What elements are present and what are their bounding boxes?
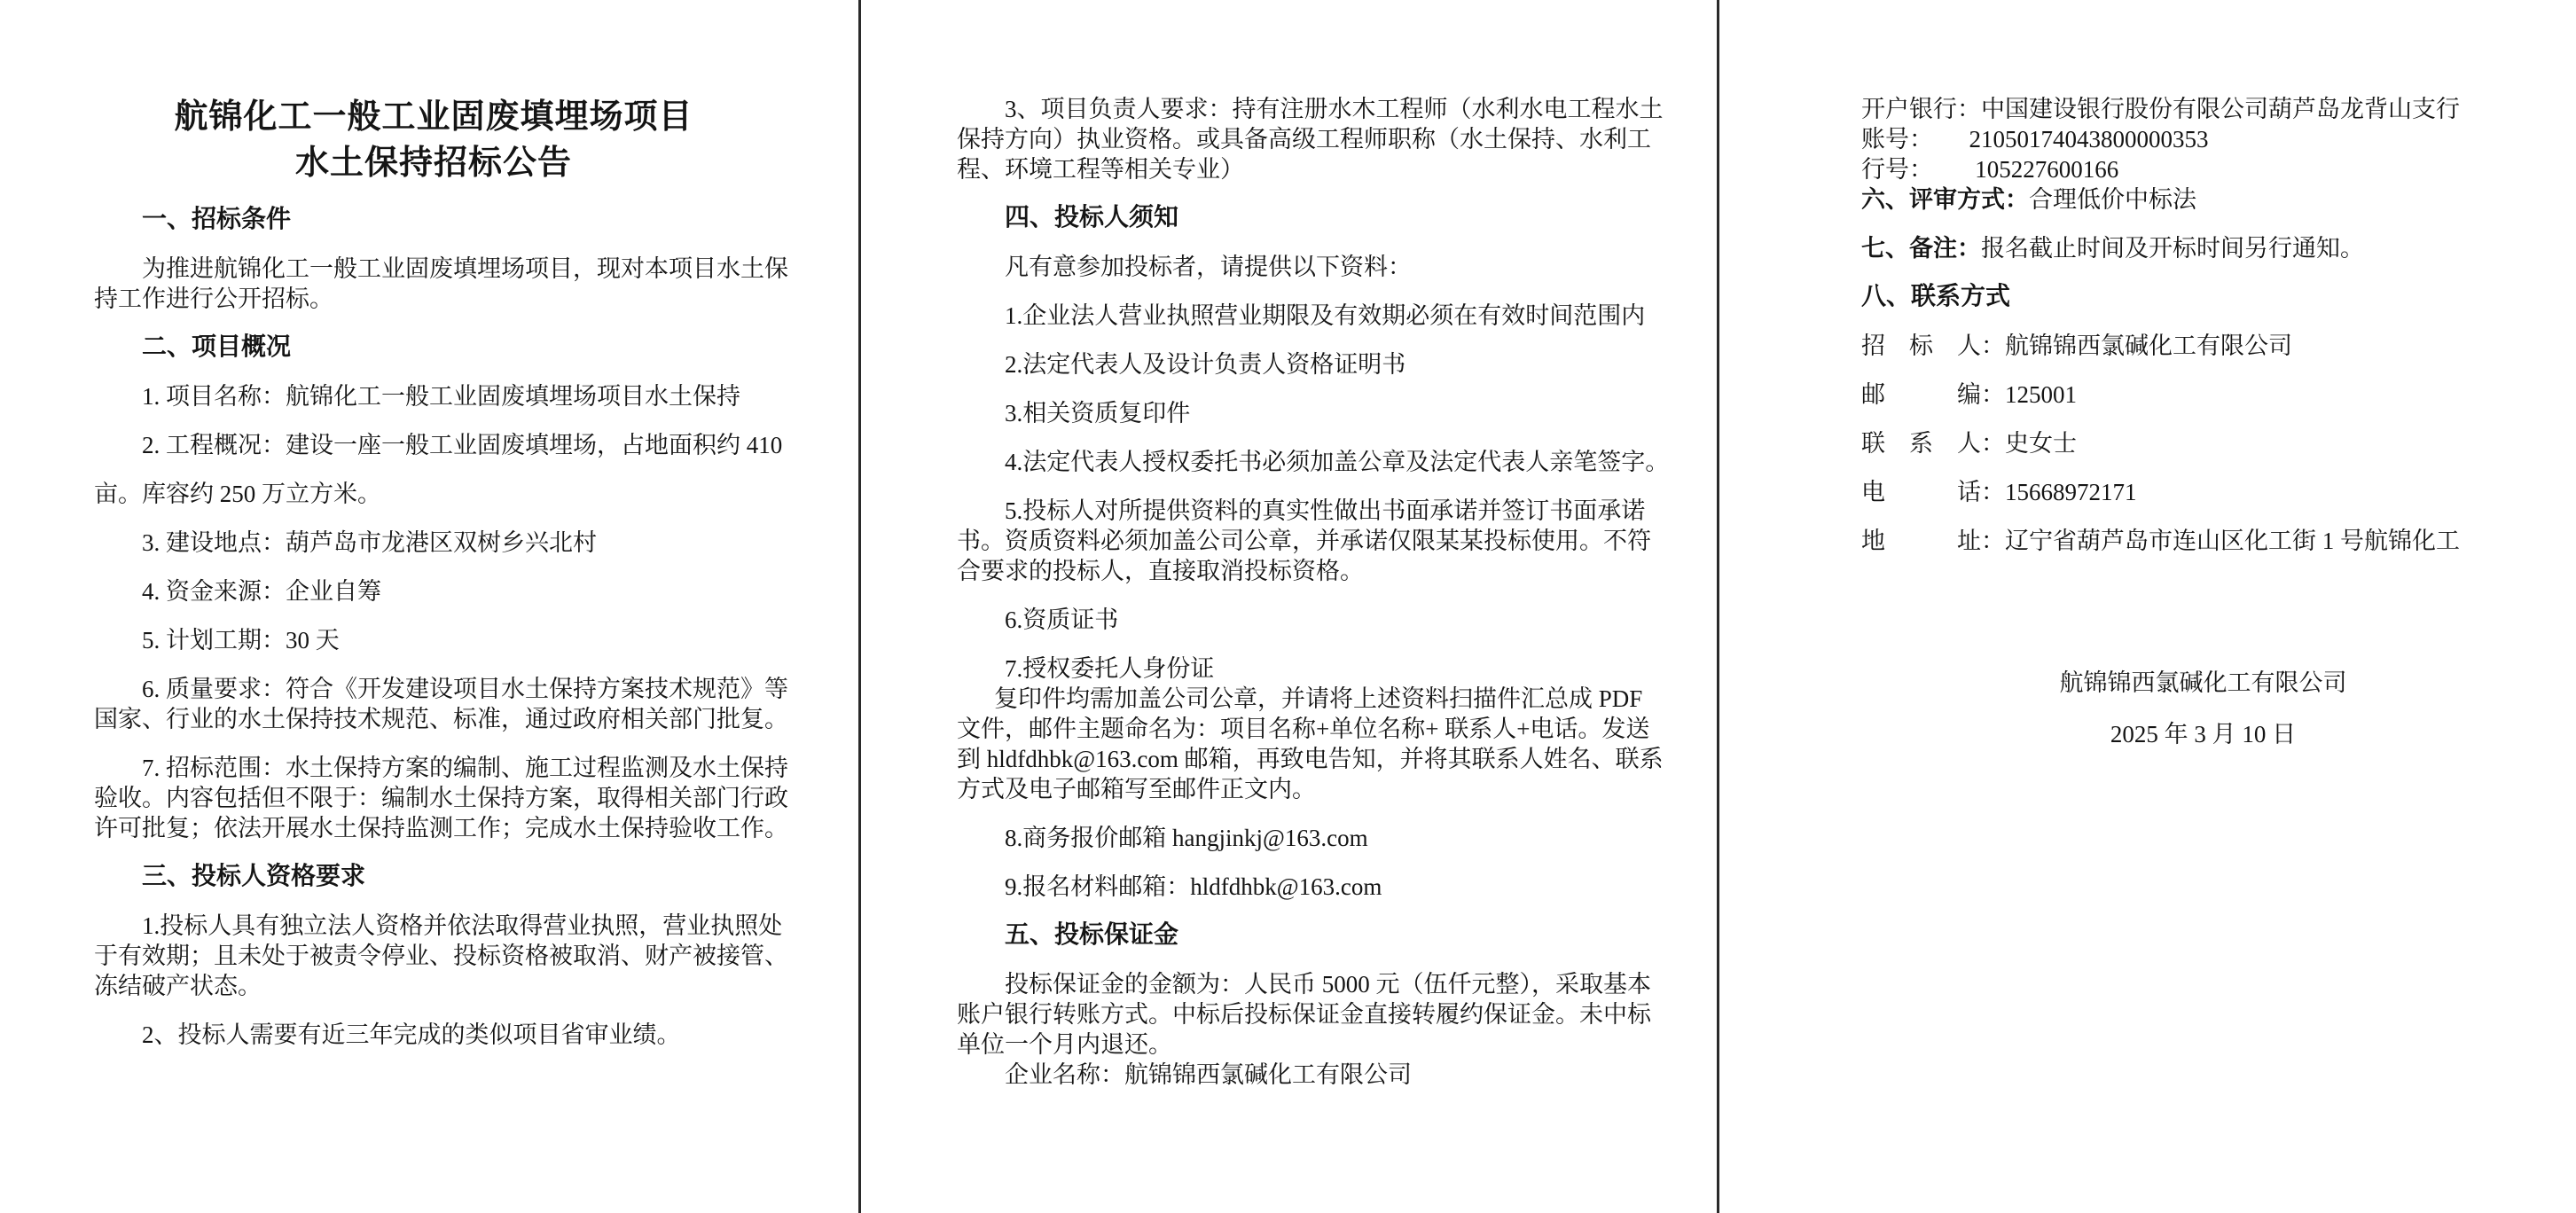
text-line: 冻结破产状态。	[94, 971, 773, 1001]
text-line: 联 系 人：史女士	[1861, 428, 2491, 458]
text-line: 为推进航锦化工一般工业固废填埋场项目，现对本项目水土保	[94, 254, 773, 284]
text-line: 1.投标人具有独立法人资格并依法取得营业执照，营业执照处	[94, 911, 773, 941]
text-line: 方式及电子邮箱写至邮件正文内。	[957, 774, 1635, 804]
signature-company: 航锦锦西氯碱化工有限公司	[1915, 668, 2491, 698]
text-line: 3. 建设地点：葫芦岛市龙港区双树乡兴北村	[94, 528, 773, 558]
text-line: 7. 招标范围：水土保持方案的编制、施工过程监测及水土保持	[94, 753, 773, 783]
text-line: 3、项目负责人要求：持有注册水木工程师（水利水电工程水土	[957, 94, 1635, 124]
text-line: 文件，邮件主题命名为：项目名称+单位名称+ 联系人+电话。发送	[957, 714, 1635, 744]
text-line: 账号： 21050174043800000353	[1861, 124, 2491, 154]
text-line: 单位一个月内退还。	[957, 1029, 1635, 1060]
text-line: 于有效期；且未处于被责令停业、投标资格被取消、财产被接管、	[94, 941, 773, 971]
text-line: 亩。库容约 250 万立方米。	[94, 479, 773, 509]
section-heading: 四、投标人须知	[957, 203, 1635, 233]
text-line: 7.授权委托人身份证	[957, 653, 1635, 684]
text-line: 4. 资金来源：企业自筹	[94, 576, 773, 606]
text-line: 账户银行转账方式。中标后投标保证金直接转履约保证金。未中标	[957, 999, 1635, 1029]
doc-title-line: 水土保持招标公告	[94, 140, 773, 186]
text-line: 国家、行业的水土保持技术规范、标准，通过政府相关部门批复。	[94, 704, 773, 734]
text-line: 投标保证金的金额为：人民币 5000 元（伍仟元整），采取基本	[957, 969, 1635, 999]
text-line: 4.法定代表人授权委托书必须加盖公章及法定代表人亲笔签字。	[957, 447, 1635, 477]
text-line: 七、备注：报名截止时间及开标时间另行通知。	[1861, 233, 2491, 263]
text-line: 3.相关资质复印件	[957, 398, 1635, 428]
section-heading: 三、投标人资格要求	[94, 862, 773, 892]
text-line: 行号： 105227600166	[1861, 154, 2491, 184]
signature-block: 航锦锦西氯碱化工有限公司2025 年 3 月 10 日	[1915, 668, 2491, 749]
line-bold-label: 七、备注：	[1861, 235, 1981, 262]
doc-title: 航锦化工一般工业固废填埋场项目水土保持招标公告	[94, 94, 773, 186]
text-line: 1.企业法人营业执照营业期限及有效期必须在有效时间范围内	[957, 301, 1635, 331]
text-line: 5. 计划工期：30 天	[94, 625, 773, 655]
text-line: 持工作进行公开招标。	[94, 284, 773, 314]
text-line: 1. 项目名称：航锦化工一般工业固废填埋场项目水土保持	[94, 381, 773, 411]
text-line: 程、环境工程等相关专业）	[957, 154, 1635, 184]
text-line: 电 话：15668972171	[1861, 477, 2491, 507]
text-line: 书。资质资料必须加盖公司公章，并承诺仅限某某投标使用。不符	[957, 526, 1635, 556]
section-heading: 五、投标保证金	[957, 920, 1635, 951]
text-line: 招 标 人：航锦锦西氯碱化工有限公司	[1861, 331, 2491, 361]
text-line: 保持方向）执业资格。或具备高级工程师职称（水土保持、水利工	[957, 124, 1635, 154]
page-2: 3、项目负责人要求：持有注册水木工程师（水利水电工程水土保持方向）执业资格。或具…	[861, 0, 1717, 1213]
document-canvas: 航锦化工一般工业固废填埋场项目水土保持招标公告一、招标条件为推进航锦化工一般工业…	[0, 0, 2576, 1213]
line-bold-label: 六、评审方式：	[1861, 186, 2029, 213]
text-line: 5.投标人对所提供资料的真实性做出书面承诺并签订书面承诺	[957, 496, 1635, 526]
doc-title-line: 航锦化工一般工业固废填埋场项目	[94, 94, 773, 140]
text-line: 凡有意参加投标者，请提供以下资料：	[957, 252, 1635, 282]
text-line: 企业名称：航锦锦西氯碱化工有限公司	[957, 1060, 1635, 1090]
text-line: 开户银行：中国建设银行股份有限公司葫芦岛龙背山支行	[1861, 94, 2491, 124]
text-line: 合要求的投标人，直接取消投标资格。	[957, 556, 1635, 586]
text-line: 6.资质证书	[957, 605, 1635, 635]
text-line: 六、评审方式：合理低价中标法	[1861, 184, 2491, 215]
text-line: 邮 编：125001	[1861, 380, 2491, 410]
text-line: 8.商务报价邮箱 hangjinkj@163.com	[957, 823, 1635, 853]
text-line: 地 址：辽宁省葫芦岛市连山区化工街 1 号航锦化工	[1861, 526, 2491, 556]
text-line: 验收。内容包括但不限于：编制水土保持方案，取得相关部门行政	[94, 783, 773, 813]
text-line: 到 hldfdhbk@163.com 邮箱，再致电告知，并将其联系人姓名、联系	[957, 744, 1635, 774]
text-line: 2、投标人需要有近三年完成的类似项目省审业绩。	[94, 1020, 773, 1050]
section-heading: 一、招标条件	[94, 205, 773, 235]
text-line: 9.报名材料邮箱：hldfdhbk@163.com	[957, 872, 1635, 902]
page-1: 航锦化工一般工业固废填埋场项目水土保持招标公告一、招标条件为推进航锦化工一般工业…	[0, 0, 858, 1213]
signature-date: 2025 年 3 月 10 日	[1915, 719, 2491, 749]
text-line: 复印件均需加盖公司公章，并请将上述资料扫描件汇总成 PDF	[957, 684, 1635, 714]
text-line: 许可批复；依法开展水土保持监测工作；完成水土保持验收工作。	[94, 813, 773, 843]
section-heading: 二、项目概况	[94, 333, 773, 363]
section-heading: 八、联系方式	[1861, 282, 2491, 312]
text-line: 2.法定代表人及设计负责人资格证明书	[957, 349, 1635, 380]
page-3: 开户银行：中国建设银行股份有限公司葫芦岛龙背山支行账号： 21050174043…	[1719, 0, 2576, 1213]
text-line: 6. 质量要求：符合《开发建设项目水土保持方案技术规范》等	[94, 674, 773, 704]
text-line: 2. 工程概况：建设一座一般工业固废填埋场，占地面积约 410	[94, 430, 773, 460]
